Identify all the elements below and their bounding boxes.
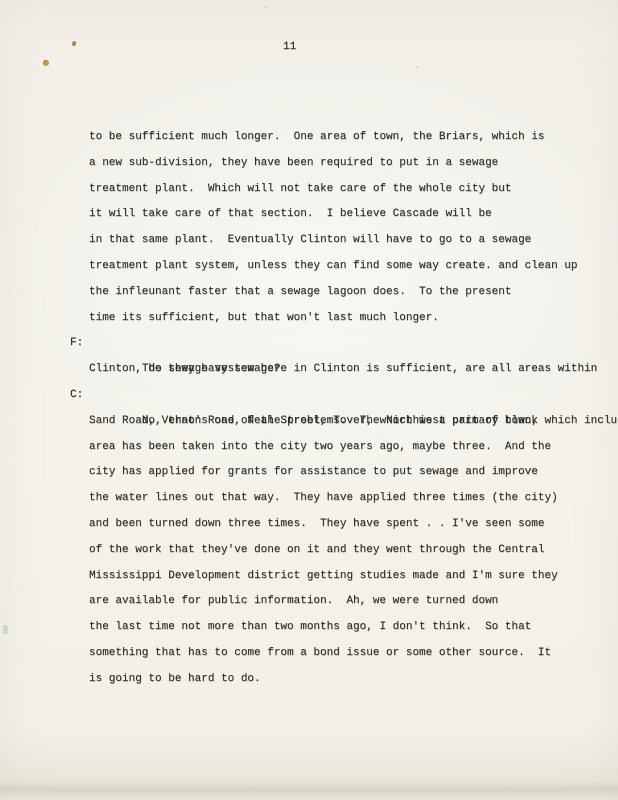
transcript-line: the last time not more than two months a…	[89, 615, 599, 641]
transcript-line: is going to be hard to do.	[89, 667, 599, 693]
transcript-line: time its sufficient, but that won't last…	[89, 306, 599, 332]
transcript-line: Mississippi Development district getting…	[89, 564, 599, 590]
transcript-line: a new sub-division, they have been requi…	[89, 151, 599, 177]
page-number: 11	[283, 41, 296, 54]
transcript-line: and been turned down three times. They h…	[89, 512, 599, 538]
paper-speck	[265, 6, 267, 8]
transcript-line: are available for public information. Ah…	[89, 589, 599, 615]
transcript-line: treatment plant. Which will not take car…	[89, 177, 599, 203]
paper-speck	[72, 41, 76, 46]
speaker-turn-continuation: to be sufficient much longer. One area o…	[89, 125, 599, 331]
speaker-label-f: F:	[70, 331, 83, 357]
transcript-line: to be sufficient much longer. One area o…	[89, 125, 599, 151]
transcript-line: of the work that they've done on it and …	[89, 538, 599, 564]
transcript-line: the infleunant faster that a sewage lago…	[89, 280, 599, 306]
paper-speck	[3, 625, 8, 634]
transcript-line: Sand Road, Vernon Road, Neal Street, Tov…	[89, 409, 599, 435]
transcript-line: Clinton, do they have sewage?	[89, 357, 599, 383]
transcript-line: city has applied for grants for assistan…	[89, 460, 599, 486]
transcript-line: it will take care of that section. I bel…	[89, 202, 599, 228]
speaker-label-c: C:	[70, 383, 83, 409]
transcript-line: C:No, that's one of the problems. The No…	[89, 383, 599, 409]
transcript-line: treatment plant system, unless they can …	[89, 254, 599, 280]
document-page: 11 to be sufficient much longer. One are…	[0, 0, 618, 800]
transcript: to be sufficient much longer. One area o…	[89, 125, 599, 693]
speaker-turn-f: F:The sewage system here in Clinton is s…	[89, 331, 599, 383]
speaker-turn-c: C:No, that's one of the problems. The No…	[89, 383, 599, 693]
transcript-line: the water lines out that way. They have …	[89, 486, 599, 512]
transcript-line: in that same plant. Eventually Clinton w…	[89, 228, 599, 254]
transcript-line: F:The sewage system here in Clinton is s…	[89, 331, 599, 357]
transcript-line: something that has to come from a bond i…	[89, 641, 599, 667]
transcript-line: area has been taken into the city two ye…	[89, 435, 599, 461]
paper-speck	[43, 60, 49, 66]
paper-speck	[135, 15, 137, 17]
paper-speck	[416, 66, 418, 68]
